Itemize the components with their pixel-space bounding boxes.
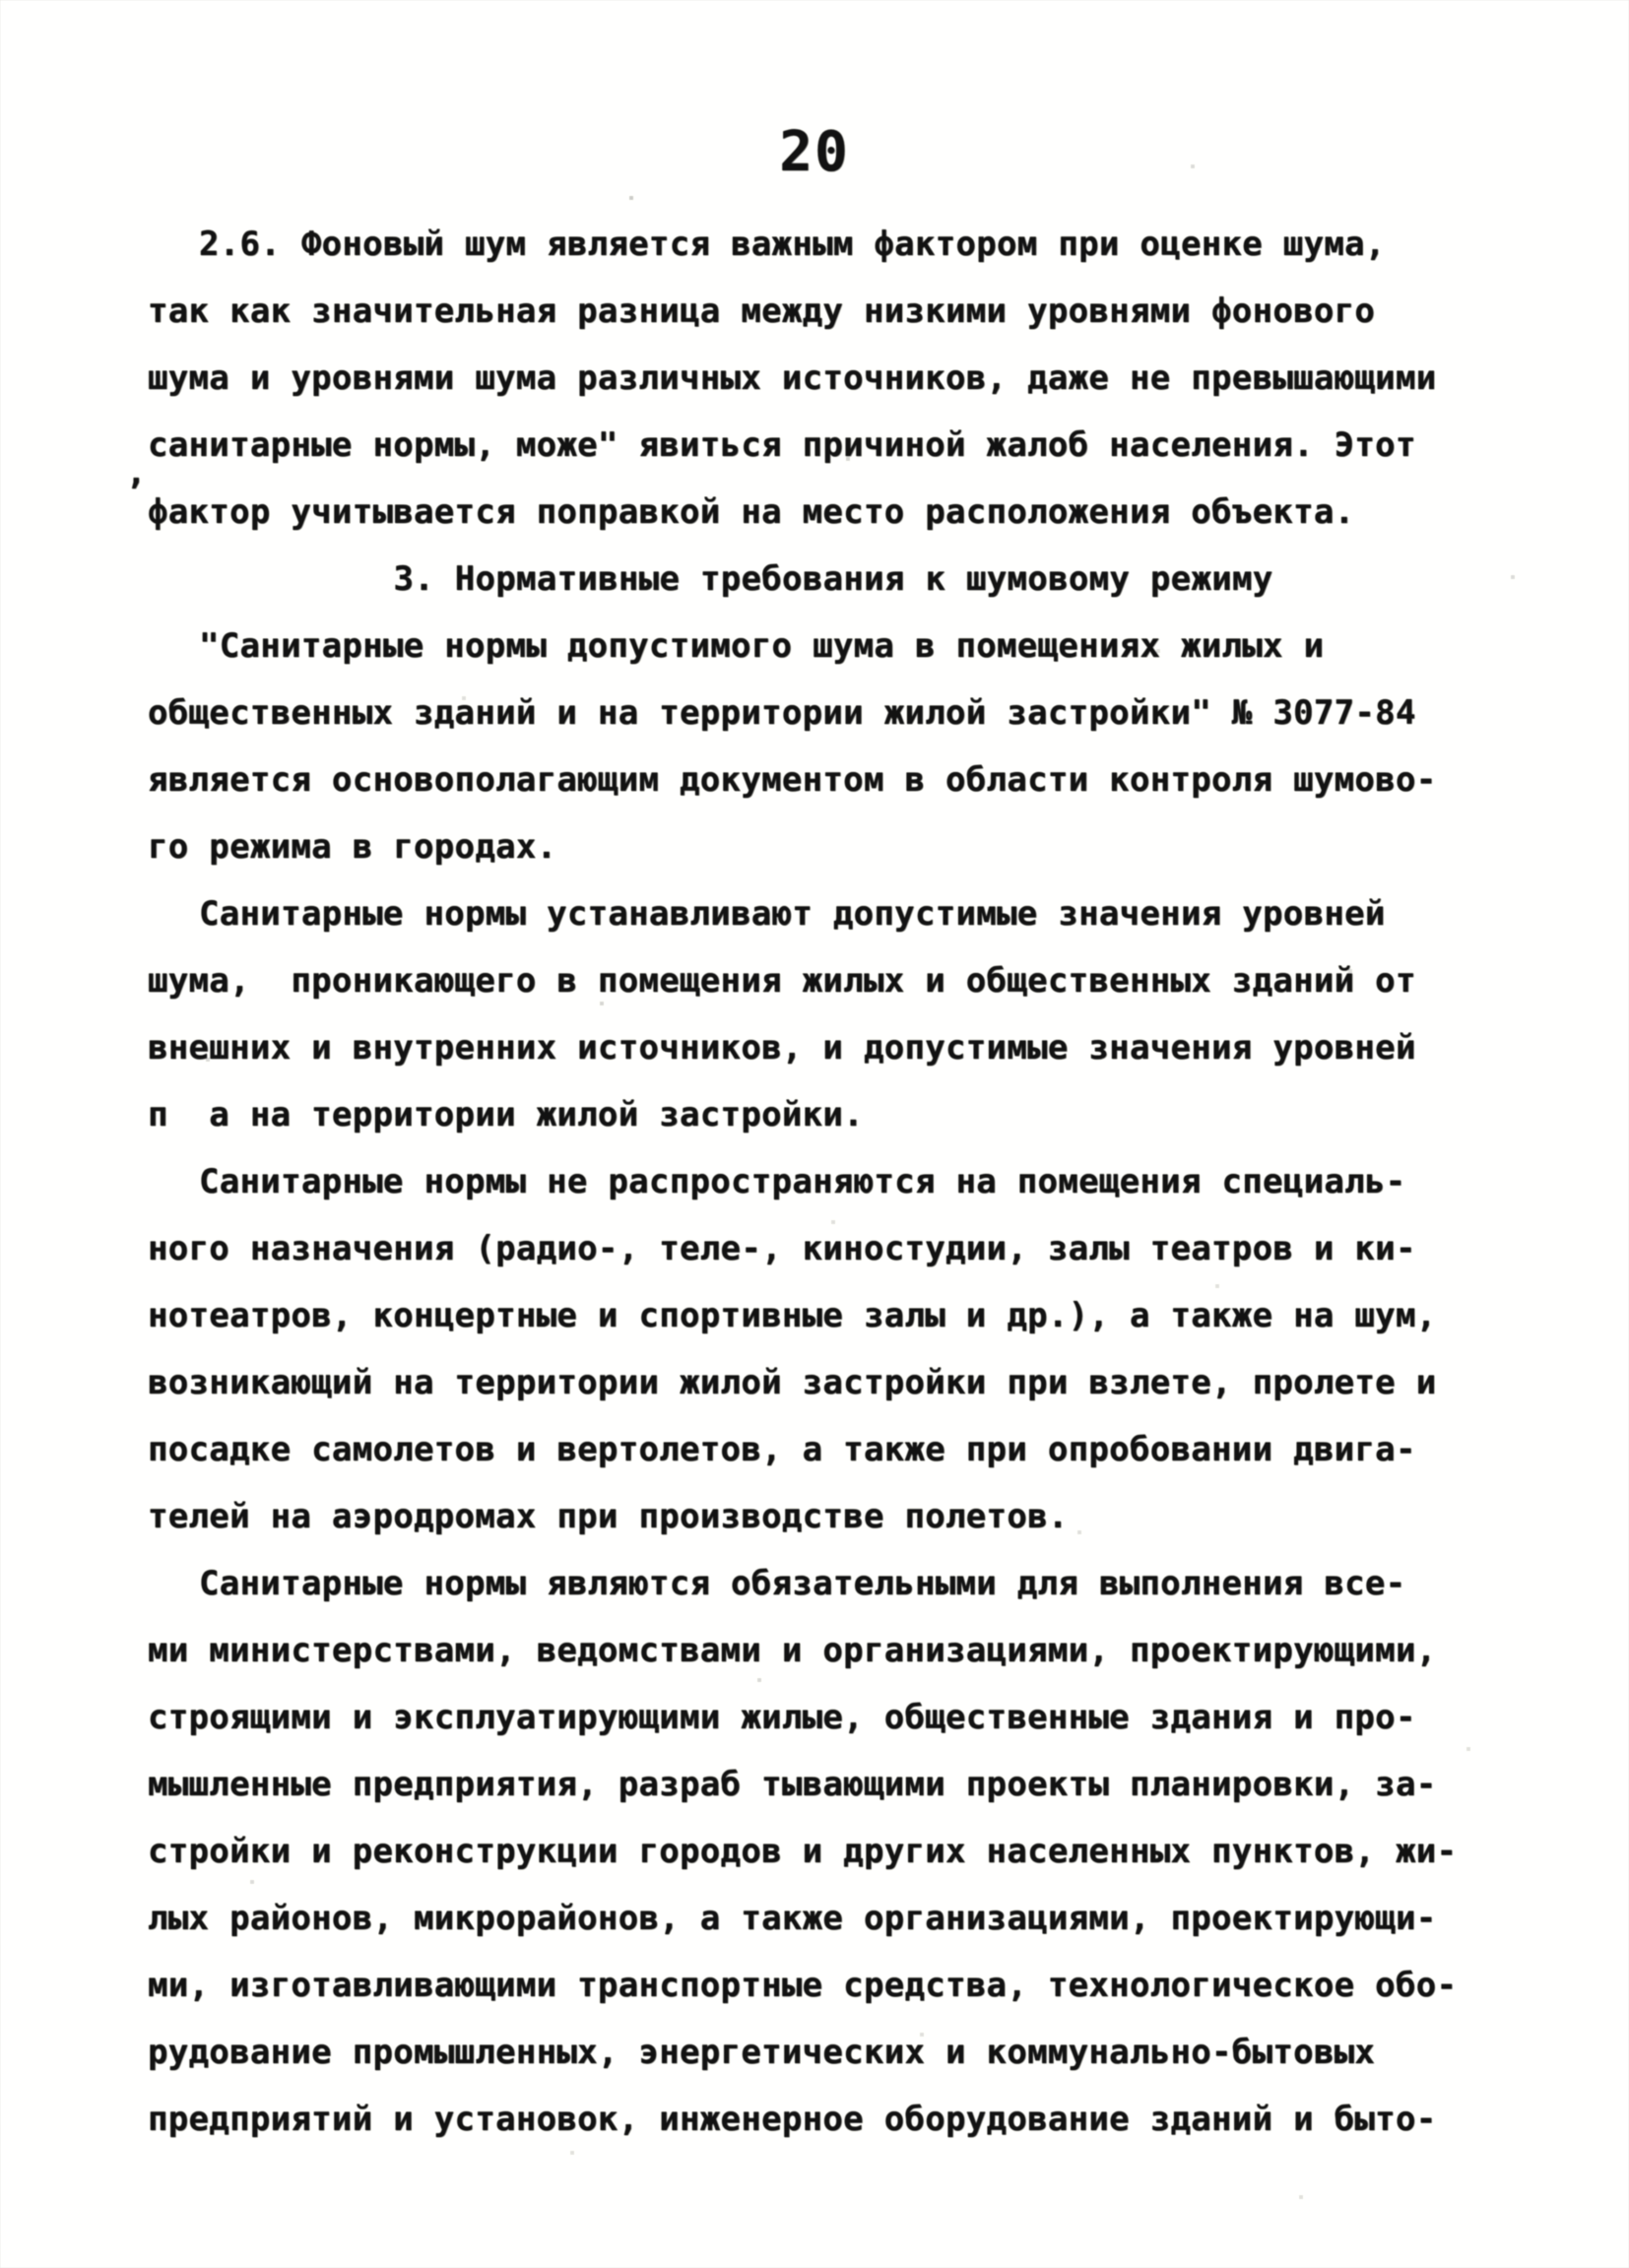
text-line: ми министерствами, ведомствами и организ… bbox=[148, 1617, 1519, 1684]
text-line: шума и уровнями шума различных источнико… bbox=[148, 345, 1519, 412]
page-number: 20 bbox=[0, 120, 1629, 184]
text-line: шума, проникающего в помещения жилых и о… bbox=[148, 947, 1519, 1014]
text-line: строящими и эксплуатирующими жилые, обще… bbox=[148, 1684, 1519, 1751]
document-body: 2.6. Фоновый шум является важным факторо… bbox=[148, 211, 1519, 2153]
text-line: стройки и реконструкции городов и других… bbox=[148, 1818, 1519, 1885]
paragraph: Санитарные нормы не распространяются на … bbox=[148, 1148, 1519, 1550]
text-line: ного назначения (радио-, теле-, киностуд… bbox=[148, 1215, 1519, 1282]
text-line: "Санитарные нормы допустимого шума в пом… bbox=[148, 613, 1519, 680]
text-line: санитарные нормы, може" явиться причиной… bbox=[148, 412, 1519, 479]
text-line: 2.6. Фоновый шум является важным факторо… bbox=[148, 211, 1519, 278]
text-line: телей на аэродромах при производстве пол… bbox=[148, 1483, 1519, 1550]
text-line: го режима в городах. bbox=[148, 813, 1519, 880]
text-line: Санитарные нормы устанавливают допустимы… bbox=[148, 880, 1519, 947]
text-line: Санитарные нормы являются обязательными … bbox=[148, 1550, 1519, 1617]
text-line: ми, изготавливающими транспортные средст… bbox=[148, 1952, 1519, 2019]
text-line: посадке самолетов и вертолетов, а также … bbox=[148, 1416, 1519, 1483]
text-line: так как значительная разница между низки… bbox=[148, 278, 1519, 345]
text-line: общественных зданий и на территории жило… bbox=[148, 680, 1519, 746]
text-line: внешних и внутренних источников, и допус… bbox=[148, 1014, 1519, 1081]
margin-comma-artifact: , bbox=[126, 439, 146, 506]
text-line: Санитарные нормы не распространяются на … bbox=[148, 1148, 1519, 1215]
text-line: лых районов, микрорайонов, а также орган… bbox=[148, 1885, 1519, 1952]
text-line: п а на территории жилой застройки. bbox=[148, 1081, 1519, 1148]
text-line: фактор учитывается поправкой на место ра… bbox=[148, 479, 1519, 546]
text-line: нотеатров, концертные и спортивные залы … bbox=[148, 1282, 1519, 1349]
paragraph: "Санитарные нормы допустимого шума в пом… bbox=[148, 613, 1519, 880]
scan-speckles bbox=[0, 0, 2, 2]
text-line: предприятий и установок, инженерное обор… bbox=[148, 2086, 1519, 2153]
paragraph: Санитарные нормы являются обязательными … bbox=[148, 1550, 1519, 2153]
text-line: 3. Нормативные требования к шумовому реж… bbox=[148, 546, 1519, 613]
paragraph: Санитарные нормы устанавливают допустимы… bbox=[148, 880, 1519, 1148]
section-heading: 3. Нормативные требования к шумовому реж… bbox=[148, 546, 1519, 613]
text-line: мышленные предприятия, разраб тывающими … bbox=[148, 1751, 1519, 1818]
scanned-page: 20 , 2.6. Фоновый шум является важным фа… bbox=[0, 0, 1629, 2268]
text-line: возникающий на территории жилой застройк… bbox=[148, 1349, 1519, 1416]
paragraph: 2.6. Фоновый шум является важным факторо… bbox=[148, 211, 1519, 546]
text-line: является основополагающим документом в о… bbox=[148, 746, 1519, 813]
text-line: рудование промышленных, энергетических и… bbox=[148, 2019, 1519, 2086]
